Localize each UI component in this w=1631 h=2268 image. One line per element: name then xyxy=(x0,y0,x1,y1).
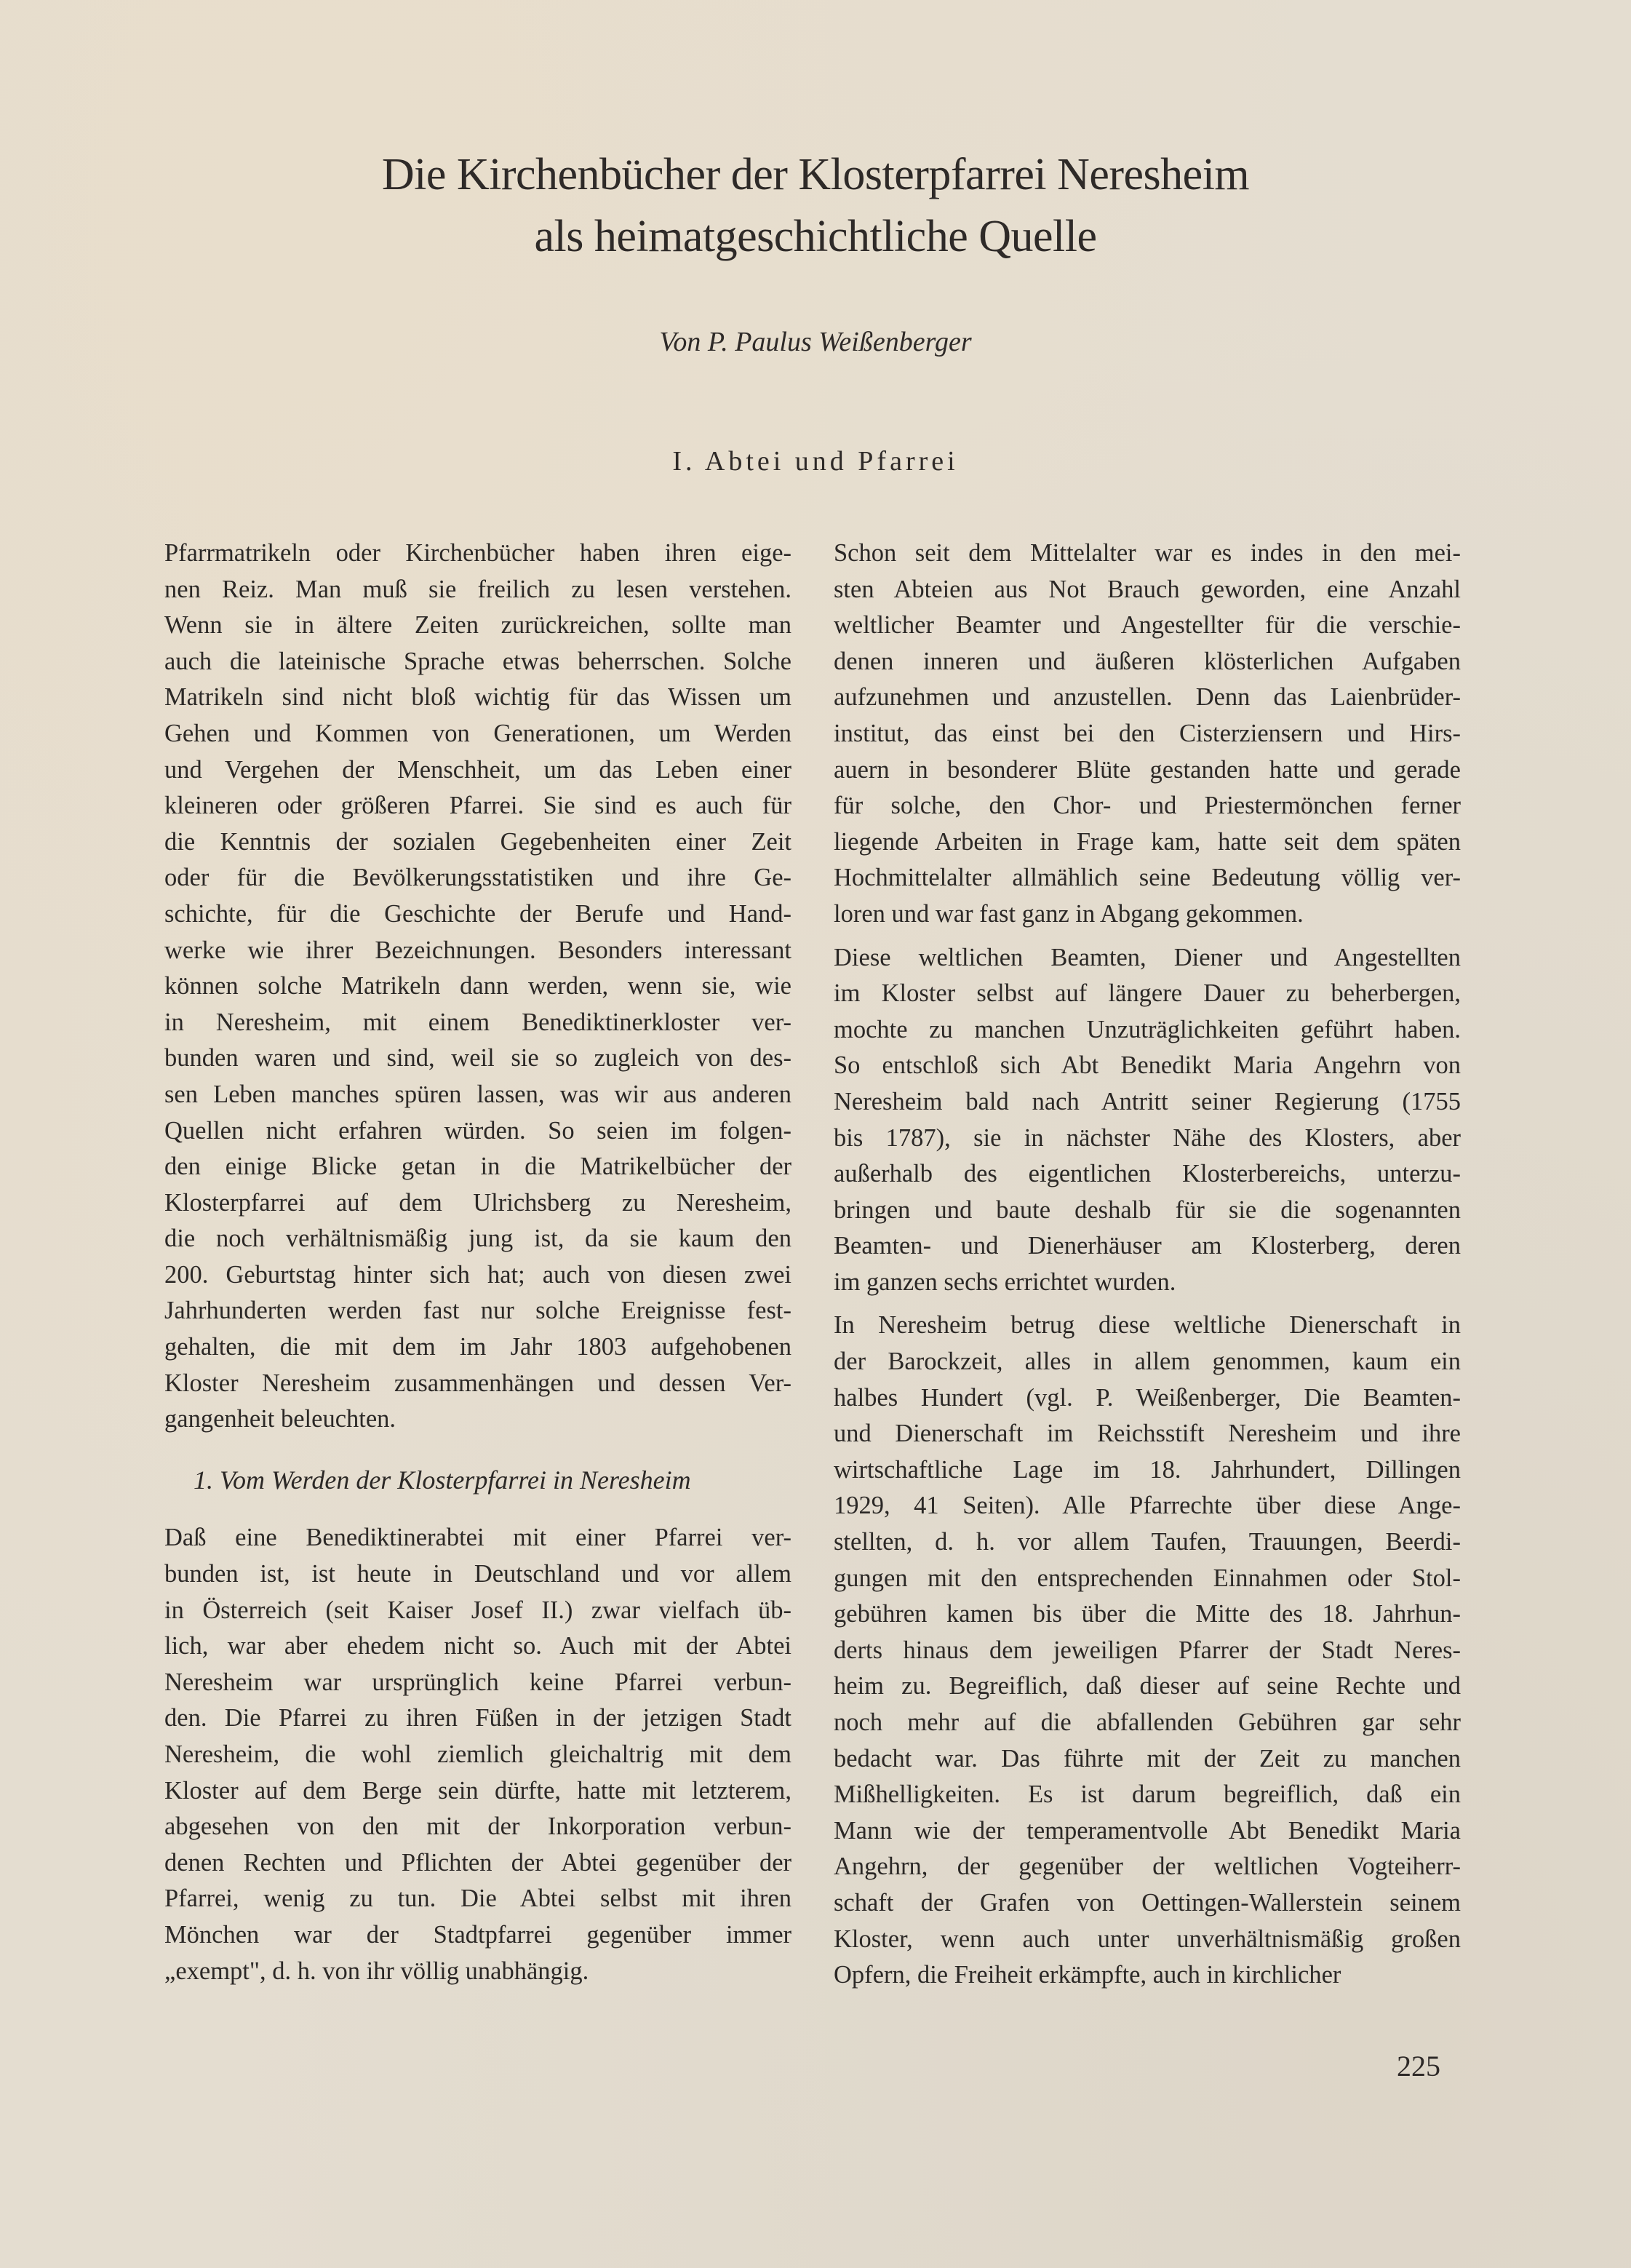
text-line: denen Rechten und Pflichten der Abtei ge… xyxy=(164,1845,791,1882)
page-number: 225 xyxy=(1397,2049,1440,2083)
text-line: Kloster Neresheim zusammenhängen und des… xyxy=(164,1366,791,1402)
text-line: die Kenntnis der sozialen Gegebenheiten … xyxy=(164,824,791,861)
text-line: Neresheim bald nach Antritt seiner Regie… xyxy=(834,1084,1461,1121)
text-line: gehalten, die mit dem im Jahr 1803 aufge… xyxy=(164,1329,791,1366)
text-line: Mann wie der temperamentvolle Abt Benedi… xyxy=(834,1813,1461,1850)
text-line: Kloster, wenn auch unter unverhältnismäß… xyxy=(834,1922,1461,1958)
text-line: Mißhelligkeiten. Es ist darum begreiflic… xyxy=(834,1777,1461,1813)
text-line: bunden waren und sind, weil sie so zugle… xyxy=(164,1041,791,1077)
text-line: mochte zu manchen Unzuträglichkeiten gef… xyxy=(834,1012,1461,1049)
text-line: Diese weltlichen Beamten, Diener und Ang… xyxy=(834,940,1461,976)
text-line: die noch verhältnismäßig jung ist, da si… xyxy=(164,1221,791,1257)
text-line: können solche Matrikeln dann werden, wen… xyxy=(164,968,791,1005)
text-line: oder für die Bevölkerungsstatistiken und… xyxy=(164,860,791,896)
text-line: bunden ist, ist heute in Deutschland und… xyxy=(164,1556,791,1593)
text-line: und Vergehen der Menschheit, um das Lebe… xyxy=(164,752,791,789)
paragraph-gap xyxy=(834,1300,1461,1308)
paragraph-gap xyxy=(834,933,1461,940)
author-byline: Von P. Paulus Weißenberger xyxy=(0,326,1631,358)
text-line: 200. Geburtstag hinter sich hat; auch vo… xyxy=(164,1257,791,1294)
text-line: abgesehen von den mit der Inkorporation … xyxy=(164,1809,791,1845)
text-line: für solche, den Chor- und Priestermönche… xyxy=(834,788,1461,824)
text-line: der Barockzeit, alles in allem genommen,… xyxy=(834,1344,1461,1380)
text-line: in Österreich (seit Kaiser Josef II.) zw… xyxy=(164,1593,791,1629)
text-line: denen inneren und äußeren klösterlichen … xyxy=(834,644,1461,680)
text-line: gebühren kamen bis über die Mitte des 18… xyxy=(834,1596,1461,1633)
paragraph: Diese weltlichen Beamten, Diener und Ang… xyxy=(834,940,1461,1301)
text-line: In Neresheim betrug diese weltliche Dien… xyxy=(834,1308,1461,1344)
text-line: weltlicher Beamter und Angestellter für … xyxy=(834,608,1461,644)
text-line: Neresheim, die wohl ziemlich gleichaltri… xyxy=(164,1737,791,1773)
text-line: bringen und baute deshalb für sie die so… xyxy=(834,1193,1461,1229)
text-line: kleineren oder größeren Pfarrei. Sie sin… xyxy=(164,788,791,824)
right-column: Schon seit dem Mittelalter war es indes … xyxy=(834,536,1461,1994)
text-line: Neresheim war ursprünglich keine Pfarrei… xyxy=(164,1665,791,1701)
subsection-heading: 1. Vom Werden der Klosterpfarrei in Nere… xyxy=(164,1463,791,1499)
text-line: Opfern, die Freiheit erkämpfte, auch in … xyxy=(834,1957,1461,1994)
text-line: stellten, d. h. vor allem Taufen, Trauun… xyxy=(834,1524,1461,1561)
text-line: schichte, für die Geschichte der Berufe … xyxy=(164,896,791,933)
text-line: Schon seit dem Mittelalter war es indes … xyxy=(834,536,1461,572)
text-line: Pfarrei, wenig zu tun. Die Abtei selbst … xyxy=(164,1881,791,1917)
text-line: bis 1787), sie in nächster Nähe des Klos… xyxy=(834,1121,1461,1157)
article-title-line-1: Die Kirchenbücher der Klosterpfarrei Ner… xyxy=(0,149,1631,201)
text-line: Daß eine Benediktinerabtei mit einer Pfa… xyxy=(164,1520,791,1556)
text-line: Beamten- und Dienerhäuser am Klosterberg… xyxy=(834,1228,1461,1265)
text-line: gungen mit den entsprechenden Einnahmen … xyxy=(834,1561,1461,1597)
text-line: institut, das einst bei den Cisterziense… xyxy=(834,716,1461,752)
text-line: lich, war aber ehedem nicht so. Auch mit… xyxy=(164,1628,791,1665)
text-line: liegende Arbeiten in Frage kam, hatte se… xyxy=(834,824,1461,861)
text-line: 1929, 41 Seiten). Alle Pfarrechte über d… xyxy=(834,1488,1461,1524)
text-line: auern in besonderer Blüte gestanden hatt… xyxy=(834,752,1461,789)
paragraph: Pfarrmatrikeln oder Kirchenbücher haben … xyxy=(164,536,791,1438)
text-line: noch mehr auf die abfallenden Gebühren g… xyxy=(834,1705,1461,1741)
left-column: Pfarrmatrikeln oder Kirchenbücher haben … xyxy=(164,536,791,1989)
text-line: aufzunehmen und anzustellen. Denn das La… xyxy=(834,680,1461,716)
text-line: So entschloß sich Abt Benedikt Maria Ang… xyxy=(834,1048,1461,1084)
text-line: heim zu. Begreiflich, daß dieser auf sei… xyxy=(834,1668,1461,1705)
text-line: schaft der Grafen von Oettingen-Wallerst… xyxy=(834,1885,1461,1922)
section-heading: I. Abtei und Pfarrei xyxy=(0,445,1631,477)
text-line: Matrikeln sind nicht bloß wichtig für da… xyxy=(164,680,791,716)
text-line: Pfarrmatrikeln oder Kirchenbücher haben … xyxy=(164,536,791,572)
text-line: bedacht war. Das führte mit der Zeit zu … xyxy=(834,1741,1461,1778)
text-line: gangenheit beleuchten. xyxy=(164,1401,791,1438)
article-title-line-2: als heimatgeschichtliche Quelle xyxy=(0,211,1631,263)
paragraph: In Neresheim betrug diese weltliche Dien… xyxy=(834,1308,1461,1993)
text-line: nen Reiz. Man muß sie freilich zu lesen … xyxy=(164,572,791,608)
text-line: sten Abteien aus Not Brauch geworden, ei… xyxy=(834,572,1461,608)
text-line: wirtschaftliche Lage im 18. Jahrhundert,… xyxy=(834,1452,1461,1489)
text-line: auch die lateinische Sprache etwas beher… xyxy=(164,644,791,680)
text-line: im ganzen sechs errichtet wurden. xyxy=(834,1265,1461,1301)
text-line: in Neresheim, mit einem Benediktinerklos… xyxy=(164,1005,791,1041)
text-line: Wenn sie in ältere Zeiten zurückreichen,… xyxy=(164,608,791,644)
text-line: den einige Blicke getan in die Matrikelb… xyxy=(164,1149,791,1185)
text-line: den. Die Pfarrei zu ihren Füßen in der j… xyxy=(164,1700,791,1737)
document-page: Die Kirchenbücher der Klosterpfarrei Ner… xyxy=(0,0,1631,2268)
text-line: Hochmittelalter allmählich seine Bedeutu… xyxy=(834,860,1461,896)
text-line: Quellen nicht erfahren würden. So seien … xyxy=(164,1113,791,1150)
text-line: Angehrn, der gegenüber der weltlichen Vo… xyxy=(834,1849,1461,1885)
text-line: derts hinaus dem jeweiligen Pfarrer der … xyxy=(834,1633,1461,1669)
text-line: und Dienerschaft im Reichsstift Nereshei… xyxy=(834,1416,1461,1452)
paragraph: Schon seit dem Mittelalter war es indes … xyxy=(834,536,1461,933)
text-line: loren und war fast ganz in Abgang gekomm… xyxy=(834,896,1461,933)
text-line: Gehen und Kommen von Generationen, um We… xyxy=(164,716,791,752)
text-line: Klosterpfarrei auf dem Ulrichsberg zu Ne… xyxy=(164,1185,791,1222)
text-line: im Kloster selbst auf längere Dauer zu b… xyxy=(834,976,1461,1012)
text-line: „exempt", d. h. von ihr völlig unabhängi… xyxy=(164,1954,791,1990)
text-line: Jahrhunderten werden fast nur solche Ere… xyxy=(164,1293,791,1329)
paragraph: Daß eine Benediktinerabtei mit einer Pfa… xyxy=(164,1520,791,1989)
text-line: werke wie ihrer Bezeichnungen. Besonders… xyxy=(164,933,791,969)
text-line: Kloster auf dem Berge sein dürfte, hatte… xyxy=(164,1773,791,1810)
text-line: halbes Hundert (vgl. P. Weißenberger, Di… xyxy=(834,1380,1461,1417)
text-line: außerhalb des eigentlichen Klosterbereic… xyxy=(834,1156,1461,1193)
text-line: Mönchen war der Stadtpfarrei gegenüber i… xyxy=(164,1917,791,1954)
text-line: sen Leben manches spüren lassen, was wir… xyxy=(164,1077,791,1113)
